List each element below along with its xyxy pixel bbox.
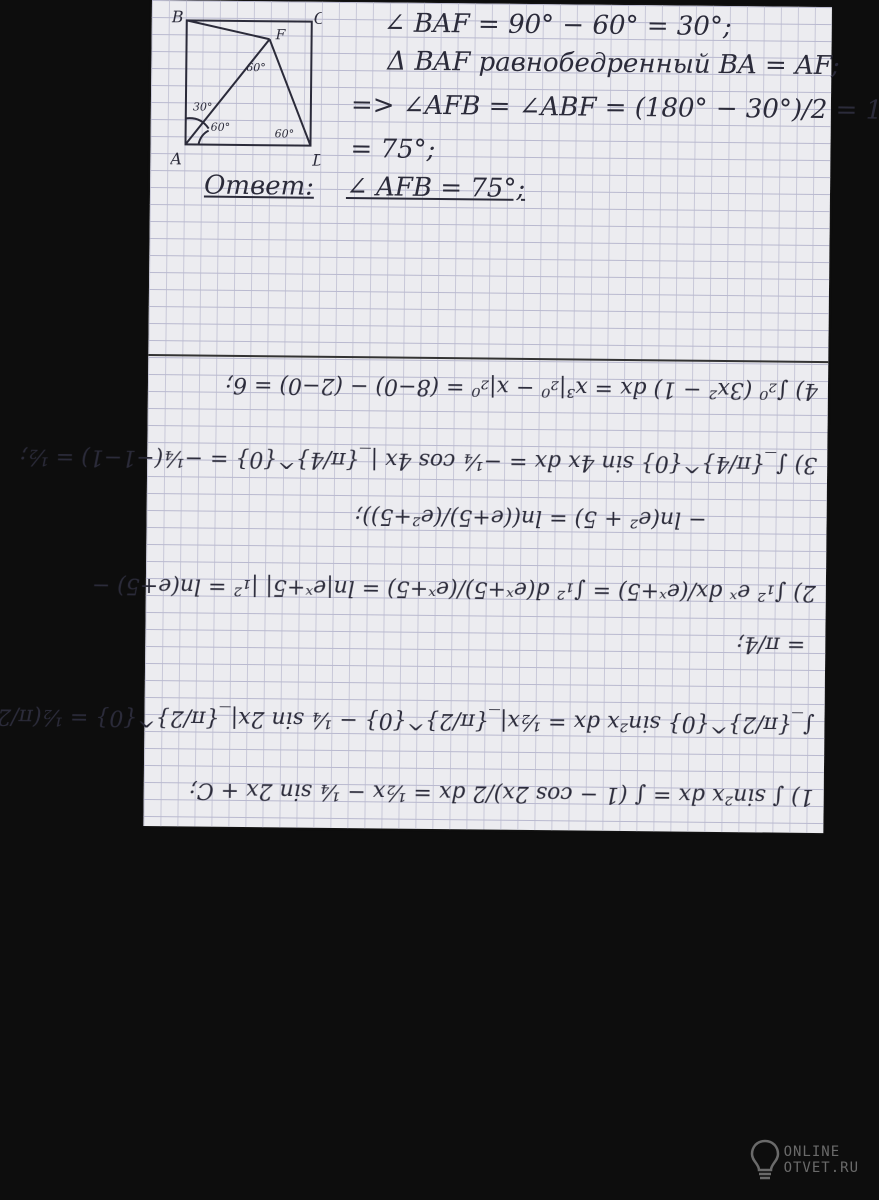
geometry-solution: B C A D F 60° 30° 60° 60° ∠ BAF = 90° − … bbox=[152, 0, 832, 7]
geometry-line-4: = 75°; bbox=[350, 134, 435, 165]
svg-text:60°: 60° bbox=[211, 121, 231, 134]
integral-line-2: 2) ∫₁² eˣ dx/(eˣ+5) = ∫₁² d(eˣ+5)/(eˣ+5)… bbox=[92, 572, 816, 605]
integral-line-1b: ∫_{π/2}^{0} sin²x dx = ½x|_{π/2}^{0} − ¼… bbox=[0, 701, 815, 737]
integral-line-3: 3) ∫_{π/4}^{0} sin 4x dx = −¼ cos 4x |_{… bbox=[20, 444, 817, 477]
svg-text:60°: 60° bbox=[275, 127, 295, 140]
square-diagram: B C A D F 60° 30° 60° 60° bbox=[170, 6, 322, 168]
lightbulb-icon bbox=[750, 1138, 780, 1182]
integral-line-3b: − ln(e² + 5) = ln((e+5)/(e²+5)); bbox=[355, 503, 707, 532]
svg-text:B: B bbox=[171, 7, 184, 26]
watermark-line-2: OTVET.RU bbox=[784, 1160, 859, 1176]
svg-text:F: F bbox=[275, 27, 287, 43]
svg-text:60°: 60° bbox=[246, 61, 266, 74]
geometry-line-3: => ∠AFB = ∠ABF = (180° − 30°)/2 = 150°/2… bbox=[351, 90, 879, 127]
answer-value: ∠ AFB = 75°; bbox=[346, 172, 525, 204]
svg-text:C: C bbox=[314, 9, 322, 28]
watermark-line-1: ONLINE bbox=[784, 1144, 859, 1160]
notebook-page: B C A D F 60° 30° 60° 60° ∠ BAF = 90° − … bbox=[143, 0, 832, 833]
integral-line-1: 1) ∫ sin²x dx = ∫ (1 − cos 2x)/2 dx = ½x… bbox=[189, 777, 814, 809]
svg-text:A: A bbox=[170, 149, 182, 168]
integrals-solution-upside-down: 4) ∫₂⁰ (3x² − 1) dx = x³|₂⁰ − x|₂⁰ = (8−… bbox=[143, 356, 828, 833]
integral-line-2b: = π/4; bbox=[736, 631, 805, 657]
integral-line-4: 4) ∫₂⁰ (3x² − 1) dx = x³|₂⁰ − x|₂⁰ = (8−… bbox=[225, 372, 818, 403]
watermark-logo: ONLINE OTVET.RU bbox=[750, 1138, 859, 1182]
geometry-line-2: Δ BAF равнобедренный BA = AF; bbox=[387, 46, 840, 81]
answer-label: Ответ: bbox=[204, 171, 314, 202]
geometry-line-1: ∠ BAF = 90° − 60° = 30°; bbox=[384, 8, 732, 42]
svg-text:D: D bbox=[311, 151, 322, 168]
svg-text:30°: 30° bbox=[193, 100, 213, 113]
